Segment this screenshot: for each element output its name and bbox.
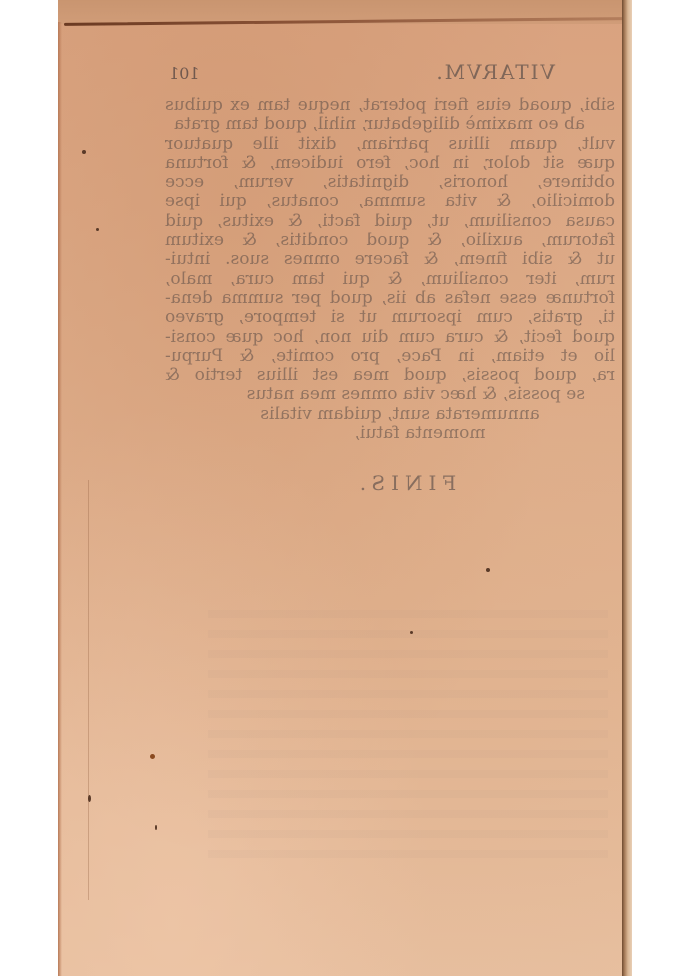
text-line: quæ sit dolor, in hoc, fero iudicem, & f… (165, 154, 615, 173)
page-right-edge-binding (622, 0, 632, 976)
foxing-spot (150, 754, 155, 759)
text-line: vult, quam illius patriam, dixit ille qu… (165, 135, 615, 154)
text-line: se possis, & hæc vita omnes mea natus (165, 385, 615, 404)
text-line: obtinere, honoris, dignitatis, verum, ec… (165, 173, 615, 192)
text-line: fortunæ esse nefas ab iis, quod per summ… (165, 289, 615, 308)
text-line: domicilio, & vita summa, conatus, qui ip… (165, 192, 615, 211)
bleed-through-text: VITARVM. 101 sibi, quoad eius fieri pote… (165, 60, 615, 495)
running-head: VITARVM. 101 (165, 60, 615, 96)
text-line: ut & sibi finem, & facere omnes suos. in… (165, 250, 615, 269)
text-line: causa consilium, ut, quid facti, & exitu… (165, 212, 615, 231)
page-left-edge (58, 22, 62, 976)
running-head-title: VITARVM. (434, 60, 555, 84)
text-line: fatorum, auxilio, & quod conditis, & exi… (165, 231, 615, 250)
paper-crease-line (88, 480, 89, 900)
foxing-spot (155, 825, 157, 830)
faint-bleed-area (208, 610, 608, 870)
text-line: annumerata sunt, quidam vitalis (165, 405, 615, 424)
text-line: quod fecit, & cura cum diu non, hoc quæ … (165, 328, 615, 347)
foxing-spot (410, 631, 413, 634)
text-line: sibi, quoad eius fieri poterat, neque ta… (165, 96, 615, 115)
page-number: 101 (169, 64, 200, 83)
foxing-spot (88, 795, 91, 802)
text-line: ti, gratis, cum ipsorum ut si tempore, g… (165, 308, 615, 327)
text-line: ab eo maximè diligebatur, nihil, quod ta… (165, 115, 615, 134)
foxing-spot (96, 228, 99, 231)
text-line: rum, iter consilium, & qui tam cura, mal… (165, 270, 615, 289)
text-line: ra, quod possis, quod mea est illius ter… (165, 366, 615, 385)
foxing-spot (82, 150, 86, 154)
text-line: lio et etiam, in Pace, pro comite, & Pur… (165, 347, 615, 366)
finis-mark: FINIS. (165, 471, 615, 495)
foxing-spot (486, 568, 490, 572)
text-line: momenta fatui, (165, 424, 615, 443)
